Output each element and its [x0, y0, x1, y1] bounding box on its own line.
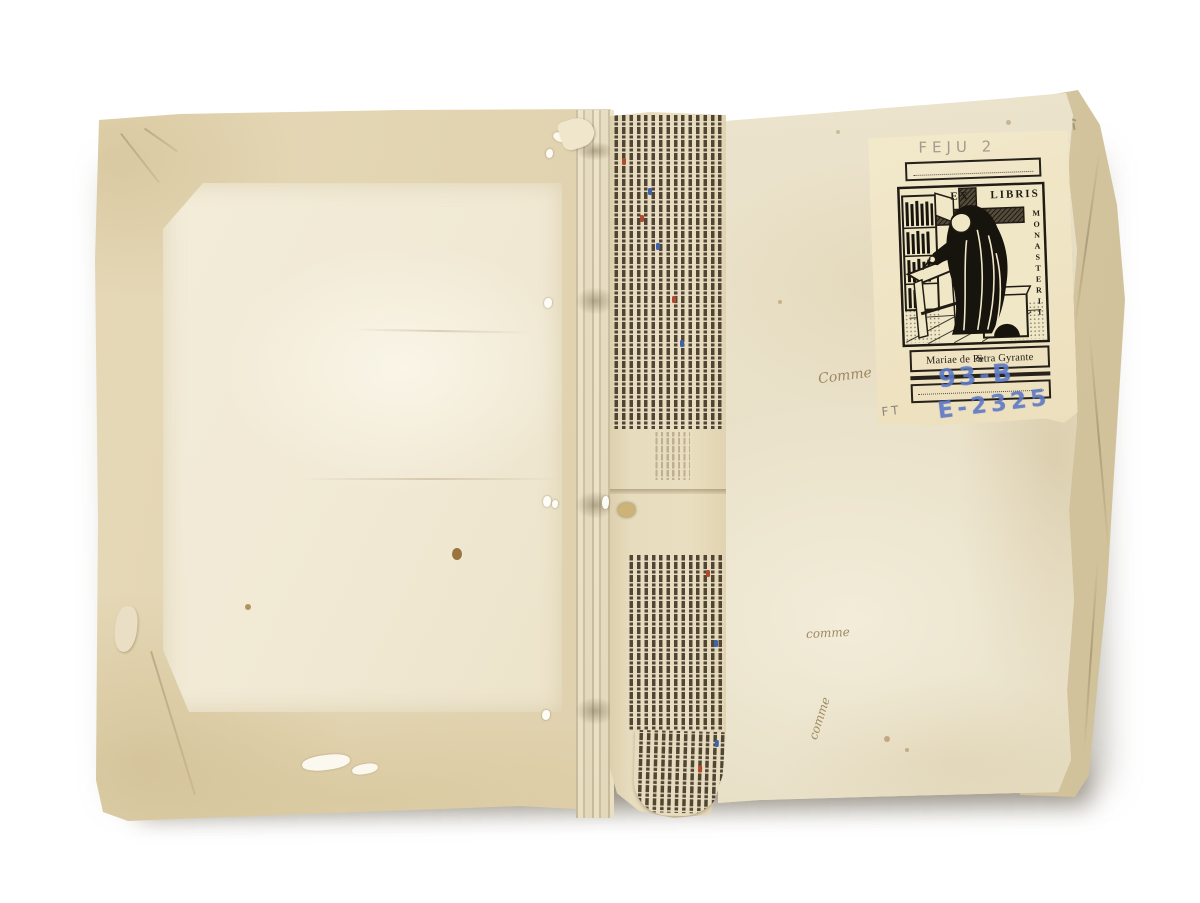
- manuscript-spine-fragment: [610, 112, 726, 818]
- brown-stain: [452, 548, 462, 560]
- sewing-station: [576, 698, 614, 724]
- rubric-mark: [622, 158, 626, 165]
- gothic-text-block-upper: [613, 115, 723, 429]
- rubric-mark: [714, 640, 718, 647]
- foxing-speck: [836, 130, 840, 134]
- dotted-line: [913, 171, 1033, 176]
- blank-title-box: [905, 158, 1042, 182]
- torn-fragment-end: [633, 730, 727, 817]
- ink-note-middle: comme: [806, 625, 850, 641]
- sewing-thread: [546, 149, 553, 158]
- rubric-mark: [648, 188, 652, 195]
- brown-stain: [245, 604, 251, 610]
- ex-libris-bookplate: FEJU 2: [868, 130, 1078, 430]
- sewing-thread: [544, 298, 552, 308]
- rubric-mark: [640, 215, 644, 222]
- rubric-mark: [698, 765, 702, 772]
- sewing-thread: [542, 710, 550, 720]
- rubric-mark: [656, 243, 660, 250]
- rubric-mark: [706, 570, 710, 577]
- foxing-speck: [778, 300, 782, 304]
- rubric-mark: [680, 340, 684, 347]
- parchment-crease: [300, 478, 560, 480]
- sewing-station: [576, 288, 614, 314]
- gothic-text-block-lower: [626, 555, 724, 731]
- foxing-speck: [1006, 120, 1011, 125]
- rubric-mark: [672, 296, 676, 303]
- foxing-speck: [884, 736, 890, 742]
- gothic-text-block-bottom: [635, 730, 725, 814]
- pencil-initials: FT: [881, 403, 902, 419]
- rubric-mark: [715, 740, 719, 747]
- pencil-shelfmark: FEJU 2: [918, 137, 1038, 157]
- sewing-thread: [602, 496, 609, 509]
- faint-corner-mark: [1070, 119, 1078, 131]
- vellum-pastedown-panel: [163, 183, 562, 712]
- fragment-seam: [610, 489, 726, 494]
- foxing-speck: [905, 748, 909, 752]
- sewing-thread: [552, 500, 558, 508]
- photo-of-open-vellum-book: FEJU 2: [0, 0, 1200, 903]
- sewing-thread: [543, 496, 551, 507]
- monk-scribe-woodcut-icon: [897, 181, 1051, 347]
- woodcut-monk-illustration: EX LIBRIS MONASTERII: [897, 181, 1051, 347]
- sewing-tacket: [618, 503, 635, 517]
- faint-text-block: [654, 432, 690, 480]
